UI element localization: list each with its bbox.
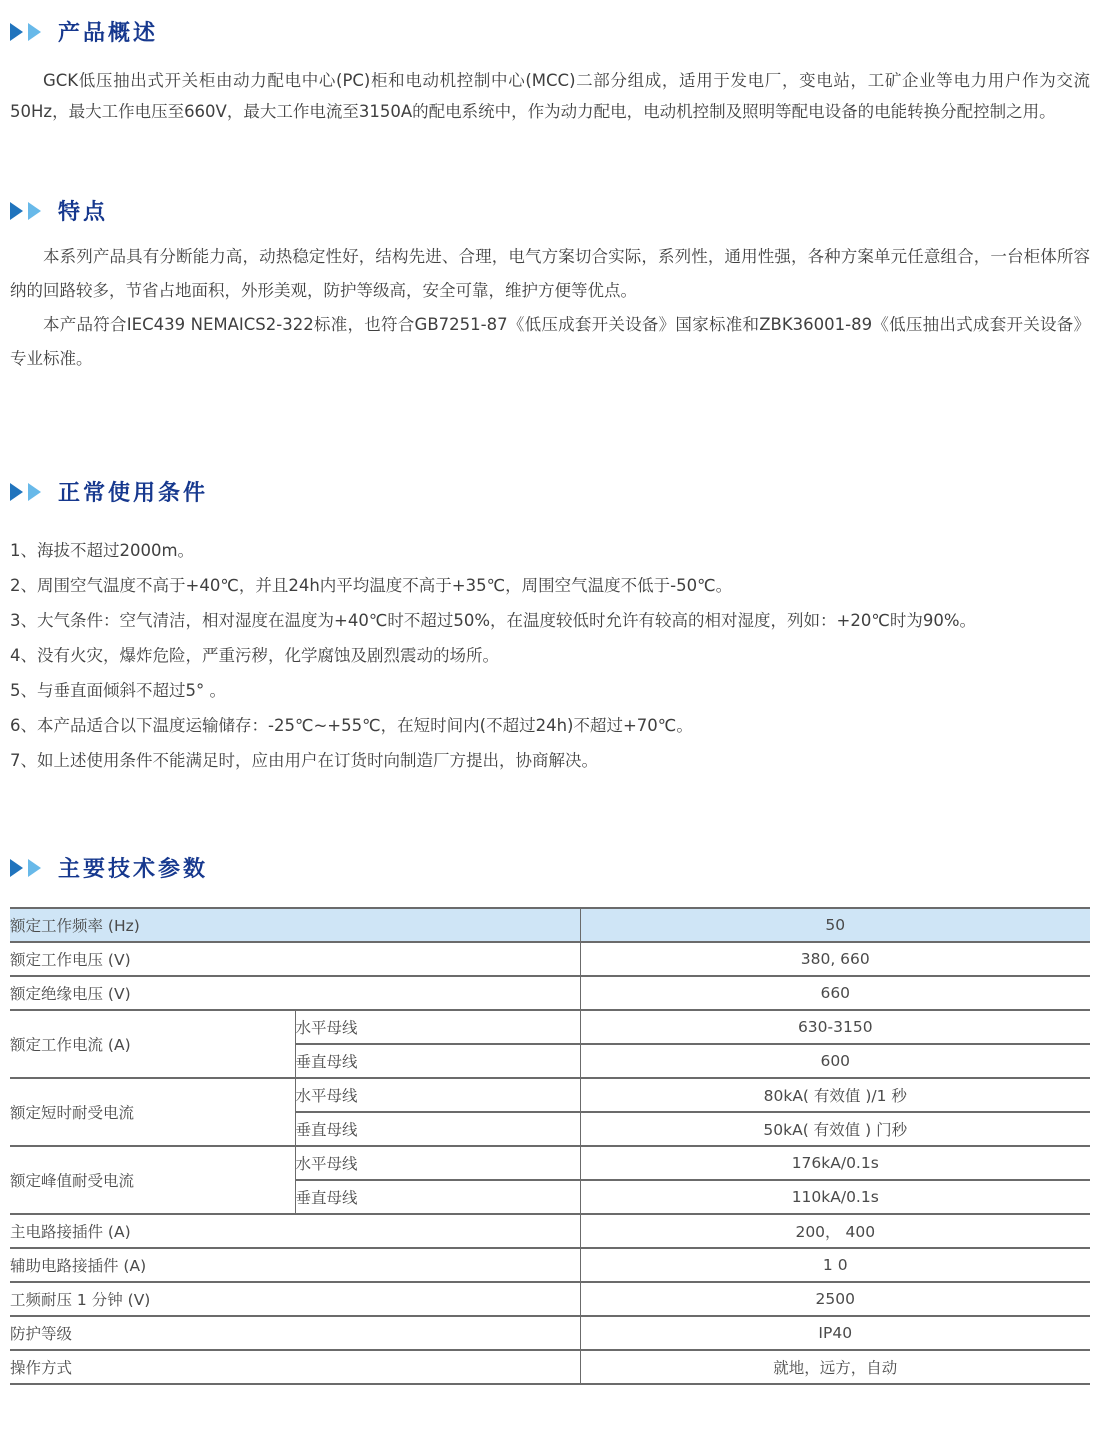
features-paragraph: 本产品符合IEC439 NEMAICS2-322标准，也符合GB7251-87《… [10, 308, 1090, 376]
table-row: 操作方式 就地，远方，自动 [10, 1350, 1090, 1384]
param-label: 工频耐压 1 分钟 (V) [10, 1282, 580, 1316]
param-value: 380, 660 [580, 942, 1090, 976]
param-value: 2500 [580, 1282, 1090, 1316]
overview-paragraph: GCK低压抽出式开关柜由动力配电中心(PC)柜和电动机控制中心(MCC)二部分组… [10, 65, 1090, 127]
param-value: 就地，远方，自动 [580, 1350, 1090, 1384]
condition-item: 6、本产品适合以下温度运输储存：-25℃~+55℃，在短时间内(不超过24h)不… [10, 708, 1090, 743]
param-value: 600 [580, 1044, 1090, 1078]
condition-item: 5、与垂直面倾斜不超过5° 。 [10, 673, 1090, 708]
param-value: 630-3150 [580, 1010, 1090, 1044]
table-row: 额定工作电流 (A) 水平母线 630-3150 [10, 1010, 1090, 1044]
table-row: 主电路接插件 (A) 200， 400 [10, 1214, 1090, 1248]
table-row: 额定峰值耐受电流 水平母线 176kA/0.1s [10, 1146, 1090, 1180]
table-row: 额定短时耐受电流 水平母线 80kA( 有效值 )/1 秒 [10, 1078, 1090, 1112]
table-row: 辅助电路接插件 (A) 1 0 [10, 1248, 1090, 1282]
section-header-parameters: 主要技术参数 [10, 852, 1090, 883]
arrow-right-icon [10, 483, 23, 501]
param-label: 操作方式 [10, 1350, 580, 1384]
param-label: 辅助电路接插件 (A) [10, 1248, 580, 1282]
section-parameters: 主要技术参数 额定工作频率 (Hz) 50 额定工作电压 (V) 380, 66… [10, 852, 1090, 1385]
condition-item: 2、周围空气温度不高于+40℃，并且24h内平均温度不高于+35℃，周围空气温度… [10, 568, 1090, 603]
section-features: 特点 本系列产品具有分断能力高，动热稳定性好，结构先进、合理，电气方案切合实际，… [10, 195, 1090, 376]
param-sublabel: 水平母线 [295, 1010, 580, 1044]
section-title-conditions: 正常使用条件 [58, 476, 208, 507]
condition-item: 1、海拔不超过2000m。 [10, 533, 1090, 568]
condition-item: 3、大气条件：空气清洁，相对湿度在温度为+40℃时不超过50%，在温度较低时允许… [10, 603, 1090, 638]
section-header-conditions: 正常使用条件 [10, 476, 1090, 507]
param-label: 额定峰值耐受电流 [10, 1146, 295, 1214]
condition-item: 4、没有火灾，爆炸危险，严重污秽，化学腐蚀及剧烈震动的场所。 [10, 638, 1090, 673]
section-header-overview: 产品概述 [10, 16, 1090, 47]
param-value: 50kA( 有效值 ) 门秒 [580, 1112, 1090, 1146]
param-label: 额定短时耐受电流 [10, 1078, 295, 1146]
param-value: 176kA/0.1s [580, 1146, 1090, 1180]
param-label: 额定工作频率 (Hz) [10, 908, 580, 942]
arrow-right-icon [10, 23, 23, 41]
param-sublabel: 垂直母线 [295, 1112, 580, 1146]
arrow-right-icon [28, 859, 41, 877]
param-label: 额定绝缘电压 (V) [10, 976, 580, 1010]
table-row: 额定绝缘电压 (V) 660 [10, 976, 1090, 1010]
section-title-overview: 产品概述 [58, 16, 158, 47]
condition-item: 7、如上述使用条件不能满足时，应由用户在订货时向制造厂方提出，协商解决。 [10, 743, 1090, 778]
arrow-right-icon [10, 859, 23, 877]
param-value: 110kA/0.1s [580, 1180, 1090, 1214]
document-page: 产品概述 GCK低压抽出式开关柜由动力配电中心(PC)柜和电动机控制中心(MCC… [0, 0, 1100, 1437]
tech-parameters-table: 额定工作频率 (Hz) 50 额定工作电压 (V) 380, 660 额定绝缘电… [10, 907, 1090, 1385]
table-row: 额定工作频率 (Hz) 50 [10, 908, 1090, 942]
section-title-features: 特点 [58, 195, 108, 226]
section-title-parameters: 主要技术参数 [58, 852, 208, 883]
param-value: 200， 400 [580, 1214, 1090, 1248]
table-row: 防护等级 IP40 [10, 1316, 1090, 1350]
section-header-features: 特点 [10, 195, 1090, 226]
param-value: 1 0 [580, 1248, 1090, 1282]
arrow-right-icon [10, 202, 23, 220]
param-label: 防护等级 [10, 1316, 580, 1350]
param-value: IP40 [580, 1316, 1090, 1350]
param-value: 50 [580, 908, 1090, 942]
param-value: 660 [580, 976, 1090, 1010]
conditions-list: 1、海拔不超过2000m。 2、周围空气温度不高于+40℃，并且24h内平均温度… [10, 533, 1090, 778]
param-label: 主电路接插件 (A) [10, 1214, 580, 1248]
section-overview: 产品概述 GCK低压抽出式开关柜由动力配电中心(PC)柜和电动机控制中心(MCC… [10, 16, 1090, 127]
arrow-right-icon [28, 202, 41, 220]
param-sublabel: 水平母线 [295, 1078, 580, 1112]
features-paragraph: 本系列产品具有分断能力高，动热稳定性好，结构先进、合理，电气方案切合实际，系列性… [10, 240, 1090, 308]
arrow-right-icon [28, 483, 41, 501]
param-sublabel: 水平母线 [295, 1146, 580, 1180]
arrow-right-icon [28, 23, 41, 41]
table-row: 工频耐压 1 分钟 (V) 2500 [10, 1282, 1090, 1316]
param-value: 80kA( 有效值 )/1 秒 [580, 1078, 1090, 1112]
section-conditions: 正常使用条件 1、海拔不超过2000m。 2、周围空气温度不高于+40℃，并且2… [10, 476, 1090, 778]
param-sublabel: 垂直母线 [295, 1180, 580, 1214]
param-label: 额定工作电压 (V) [10, 942, 580, 976]
table-row: 额定工作电压 (V) 380, 660 [10, 942, 1090, 976]
param-label: 额定工作电流 (A) [10, 1010, 295, 1078]
param-sublabel: 垂直母线 [295, 1044, 580, 1078]
